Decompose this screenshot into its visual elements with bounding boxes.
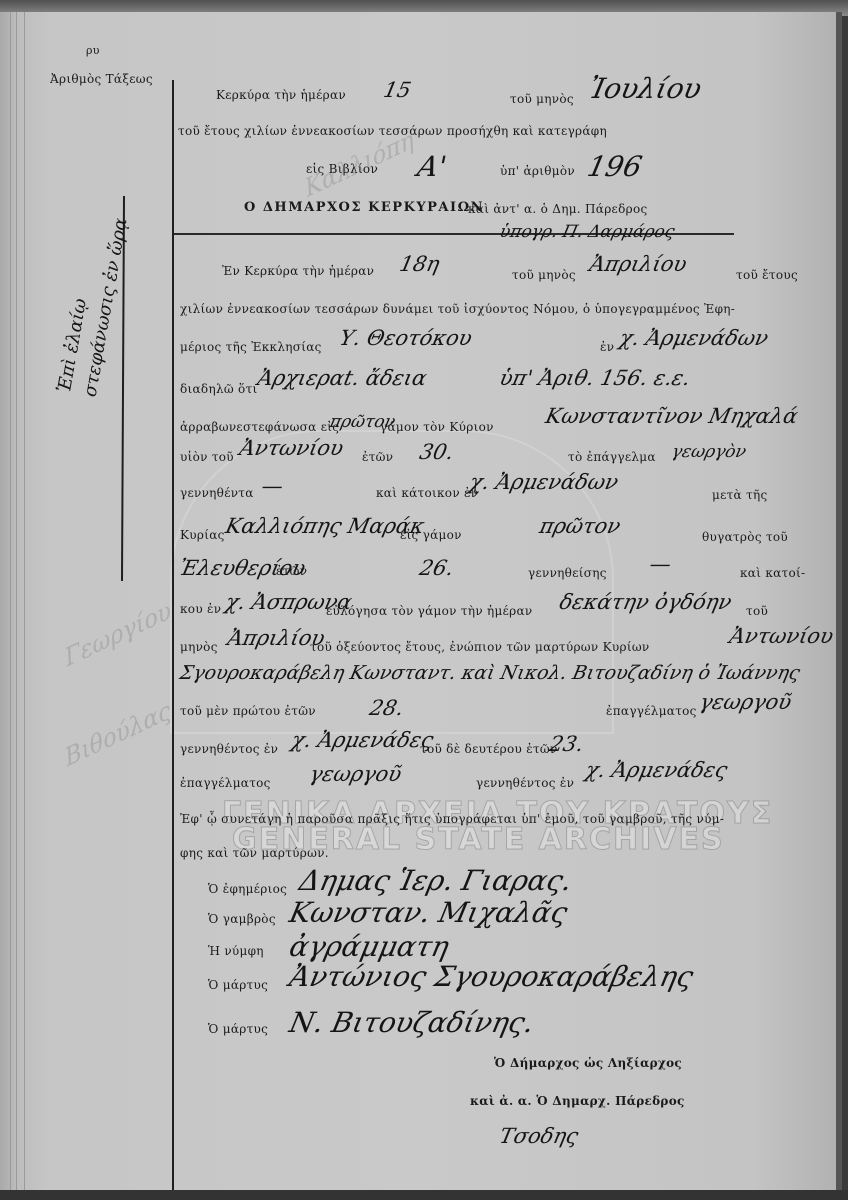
- deputy-signature: ὑπογρ. Π. Δαρμάρος: [498, 222, 677, 242]
- signature: ἀγράμματη: [286, 930, 452, 963]
- act-text: υἱὸν τοῦ: [180, 450, 234, 464]
- column-divider: [172, 80, 174, 1190]
- act-handwritten: γεωργοῦ: [307, 762, 403, 786]
- signature-role: Ὁ ἐφημέριος: [208, 882, 287, 896]
- act-handwritten: 23.: [547, 732, 586, 756]
- act-text: γεννηθέντος ἐν: [476, 776, 574, 790]
- act-handwritten: Σγουροκαράβελη Κωνσταντ. καὶ Νικολ. Βιτο…: [178, 662, 802, 684]
- act-text: ἐπαγγέλματος: [606, 704, 697, 718]
- signature-role: Ὁ γαμβρὸς: [208, 912, 276, 926]
- registration-place-label: Κερκύρα τὴν ἡμέραν: [216, 88, 346, 102]
- footer-mayor-line: Ὁ Δήμαρχος ὡς Ληξίαρχος: [494, 1056, 682, 1070]
- registration-month-label: τοῦ μηνὸς: [510, 92, 574, 106]
- act-text: θυγατρὸς τοῦ: [702, 530, 788, 544]
- mayor-heading: Ο ΔΗΜΑΡΧΟΣ ΚΕΡΚΥΡΑΙΩΝ: [244, 200, 484, 215]
- binding-edge: [24, 12, 25, 1192]
- act-text: καὶ κατοί-: [740, 566, 805, 580]
- act-handwritten: χ. Ἀρμενάδες: [583, 758, 729, 782]
- act-text: κου ἐν: [180, 602, 221, 616]
- act-handwritten: χ. Ἀρμενάδες: [289, 728, 435, 752]
- act-handwritten: Υ. Θεοτόκου: [337, 326, 474, 350]
- act-text: γάμον τὸν Κύριον: [380, 420, 494, 434]
- act-handwritten: 18η: [397, 252, 441, 276]
- act-handwritten: δεκάτην ὀγδόην: [557, 590, 733, 614]
- act-handwritten: Ἀπριλίου: [587, 252, 689, 276]
- act-handwritten: γεωργὸν: [670, 442, 748, 462]
- act-text: τοῦ ὀξεύοντος ἔτους, ἐνώπιον τῶν μαρτύρω…: [310, 640, 650, 654]
- act-text: καὶ κάτοικον ἐν: [376, 486, 478, 500]
- order-number-superscript: ρυ: [86, 44, 100, 57]
- act-handwritten: Ἀντωνίου: [237, 436, 345, 460]
- act-text: τοῦ μὲν πρώτου ἐτῶν: [180, 704, 316, 718]
- signature: Κωνσταν. Μιχαλᾶς: [286, 896, 570, 929]
- act-text: Ἐφ' ᾧ συνετάγη ἡ παροῦσα πρᾶξις ἥτις ὑπο…: [180, 812, 724, 826]
- footer-deputy-line: καὶ ἀ. α. Ὁ Δημαρχ. Πάρεδρος: [470, 1094, 685, 1108]
- act-handwritten: Ἀντωνίου: [727, 624, 835, 648]
- act-text: ἐτῶν: [276, 564, 307, 578]
- registration-year-line: τοῦ ἔτους χιλίων ἐννεακοσίων τεσσάρων πρ…: [178, 124, 607, 138]
- act-text: Κυρίας: [180, 528, 225, 542]
- act-text: ἀρραβωνεστεφάνωσα εἰς: [180, 420, 339, 434]
- act-text: γεννηθέντος ἐν: [180, 742, 278, 756]
- signature: Δημας Ἱερ. Γιαρας.: [296, 864, 575, 897]
- act-handwritten: χ. Ἀρμενάδων: [617, 326, 770, 350]
- act-handwritten: Καλλιόπης Μαράκ: [223, 514, 426, 538]
- binding-edge: [10, 12, 11, 1192]
- act-handwritten: πρῶτον: [537, 514, 622, 538]
- order-number-label: Ἀριθμὸς Τάξεως: [50, 72, 153, 86]
- act-text: φης καὶ τῶν μαρτύρων.: [180, 846, 329, 860]
- registration-day: 15: [381, 78, 413, 102]
- act-text: τοῦ μηνὸς: [512, 268, 576, 282]
- signature: Ἀντώνιος Σγουροκαράβελης: [286, 960, 696, 993]
- page-bottom-edge: [0, 1190, 848, 1200]
- act-handwritten: χ. Ἀρμενάδων: [467, 470, 620, 494]
- act-handwritten: ὑπ' Ἀριθ. 156. ε.ε.: [497, 366, 692, 390]
- act-handwritten: 30.: [417, 440, 456, 464]
- binding-edge: [16, 12, 17, 1192]
- act-text: μέριος τῆς Ἐκκλησίας: [180, 340, 322, 354]
- act-text: εἰς γάμον: [400, 528, 462, 542]
- signature-role: Ὁ μάρτυς: [208, 1022, 268, 1036]
- signature: Ν. Βιτουζαδίνης.: [286, 1006, 537, 1039]
- footer-deputy-signature: Τσοδης: [497, 1124, 580, 1148]
- act-handwritten: 26.: [417, 556, 456, 580]
- act-text: τοῦ: [746, 604, 768, 618]
- act-text: διαδηλῶ ὅτι: [180, 382, 258, 396]
- act-text: τοῦ ἔτους: [736, 268, 798, 282]
- book-label: εἰς Βιβλίον: [306, 162, 378, 176]
- deputy-label: καὶ ἀντ' α. ὁ Δημ. Πάρεδρος: [468, 202, 648, 216]
- act-text: τοῦ δὲ δευτέρου ἐτῶν: [420, 742, 558, 756]
- act-text: γεννηθείσης: [528, 566, 607, 580]
- signature-role: Ὁ μάρτυς: [208, 978, 268, 992]
- act-text: μηνὸς: [180, 640, 218, 654]
- act-text: γεννηθέντα: [180, 486, 254, 500]
- act-text: ἐτῶν: [362, 450, 393, 464]
- act-handwritten: Κωνσταντῖνον Μηχαλά: [543, 404, 800, 428]
- entry-number-label: ὑπ' ἀριθμὸν: [500, 164, 575, 178]
- act-handwritten: Ἀρχιεραt. ἄδεια: [255, 366, 429, 390]
- act-text: τὸ ἐπάγγελμα: [568, 450, 656, 464]
- act-handwritten: γεωργοῦ: [697, 690, 793, 714]
- act-text: μετὰ τῆς: [712, 488, 768, 502]
- act-handwritten: 28.: [367, 696, 406, 720]
- entry-number: 196: [584, 150, 644, 183]
- act-text: ἐν: [600, 340, 614, 354]
- act-text: χιλίων ἐννεακοσίων τεσσάρων δυνάμει τοῦ …: [180, 302, 735, 316]
- registration-month: Ἰουλίου: [586, 72, 704, 105]
- act-text: εὐλόγησα τὸν γάμον τὴν ἡμέραν: [326, 604, 533, 618]
- act-text: Ἐν Κερκύρα τὴν ἡμέραν: [222, 264, 374, 278]
- signature-role: Ἡ νύμφη: [208, 944, 264, 958]
- act-text: ἐπαγγέλματος: [180, 776, 271, 790]
